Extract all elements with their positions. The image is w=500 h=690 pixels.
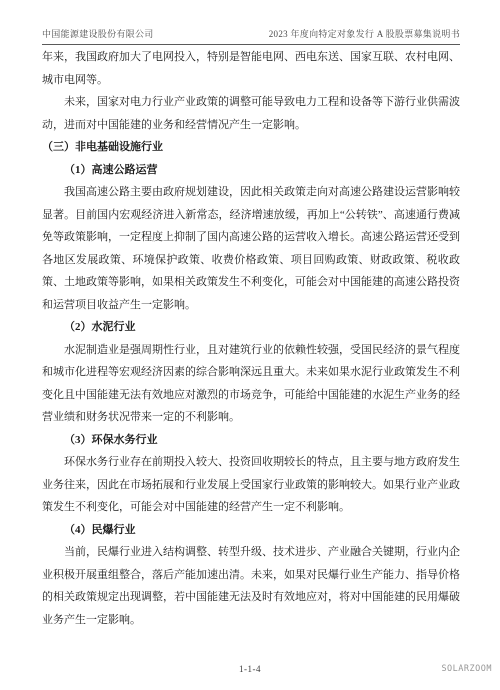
document-body: 年来，我国政府加大了电网投入，特别是智能电网、西电东送、国家互联、农村电网、城市… <box>42 46 460 631</box>
paragraph-environmental-water: 环保水务行业存在前期投入较大、投资回收期较长的特点，且主要与地方政府发生业务往来… <box>42 451 460 519</box>
paragraph-grid-investment: 年来，我国政府加大了电网投入，特别是智能电网、西电东送、国家互联、农村电网、城市… <box>42 46 460 91</box>
heading-environmental-water: （3）环保水务行业 <box>42 429 460 452</box>
header-document-title: 2023 年度向特定对象发行 A 股股票募集说明书 <box>269 27 460 40</box>
page-header: 中国能源建设股份有限公司 2023 年度向特定对象发行 A 股股票募集说明书 <box>42 27 460 45</box>
header-company-name: 中国能源建设股份有限公司 <box>42 27 154 40</box>
heading-civil-explosives: （4）民爆行业 <box>42 519 460 542</box>
heading-non-power-infrastructure: （三）非电基础设施行业 <box>42 136 460 159</box>
document-page: 中国能源建设股份有限公司 2023 年度向特定对象发行 A 股股票募集说明书 年… <box>0 0 500 690</box>
paragraph-cement: 水泥制造业是强周期性行业，且对建筑行业的依赖性较强，受国民经济的景气程度和城市化… <box>42 339 460 429</box>
paragraph-civil-explosives: 当前，民爆行业进入结构调整、转型升级、技术进步、产业融合关键期，行业内企业积极开… <box>42 541 460 631</box>
heading-cement-industry: （2）水泥行业 <box>42 316 460 339</box>
paragraph-expressway: 我国高速公路主要由政府规划建设，因此相关政策走向对高速公路建设运营影响较显著。目… <box>42 181 460 316</box>
paragraph-power-policy-risk: 未来，国家对电力行业产业政策的调整可能导致电力工程和设备等下游行业供需波动，进而… <box>42 91 460 136</box>
page-number: 1-1-4 <box>0 664 500 674</box>
heading-expressway-operation: （1）高速公路运营 <box>42 159 460 182</box>
watermark-label: SOLARZOOM <box>441 664 492 674</box>
